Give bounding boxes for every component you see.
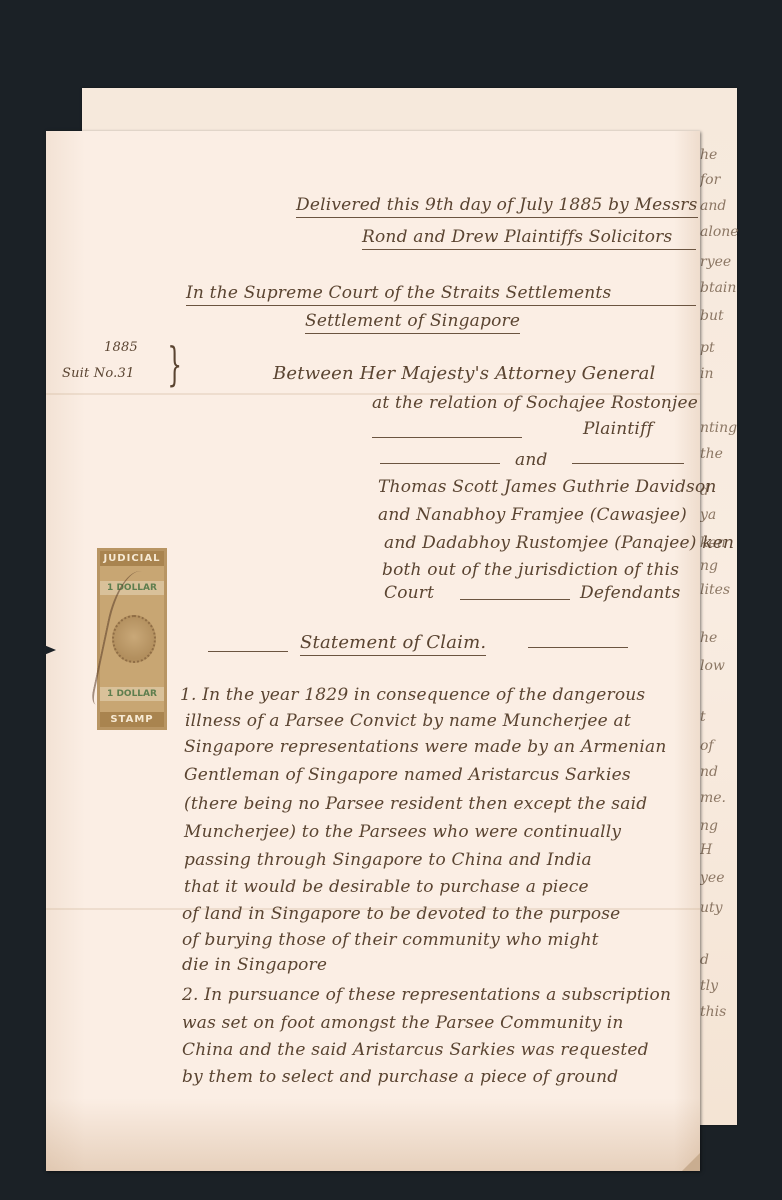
back-fragment: uty <box>700 900 723 916</box>
and-label: and <box>515 450 548 470</box>
defendant-line-5-court: Court <box>384 583 434 603</box>
rule-line <box>572 463 684 464</box>
back-fragment: but <box>700 308 724 324</box>
defendant-line-1: Thomas Scott James Guthrie Davidson <box>378 477 717 497</box>
statement-heading: Statement of Claim. <box>300 632 486 656</box>
defendants-label: Defendants <box>580 583 681 603</box>
rule-line <box>460 599 570 600</box>
back-fragment: tly <box>700 978 718 994</box>
defendant-line-3: and Dadabhoy Rustomjee (Panajee) ken <box>384 533 734 553</box>
back-fragment: ya <box>700 507 716 523</box>
parties-relation: at the relation of Sochajee Rostonjee <box>372 393 698 413</box>
body-line: passing through Singapore to China and I… <box>184 850 592 870</box>
rule-line <box>528 647 628 648</box>
back-fragment: me. <box>700 790 726 806</box>
body-line: 1. In the year 1829 in consequence of th… <box>180 685 645 705</box>
stamp-top-label: JUDICIAL <box>100 551 164 566</box>
body-line: Muncherjee) to the Parsees who were cont… <box>184 822 621 842</box>
rule-line <box>372 437 522 438</box>
back-fragment: t <box>700 709 706 725</box>
back-fragment: he <box>700 147 717 163</box>
back-fragment: ng <box>700 818 718 834</box>
body-line: 2. In pursuance of these representations… <box>182 985 671 1005</box>
body-line: that it would be desirable to purchase a… <box>184 877 589 897</box>
parties-between: Between Her Majesty's Attorney General <box>273 363 655 384</box>
back-fragment: and <box>700 198 726 214</box>
body-line: by them to select and purchase a piece o… <box>182 1067 618 1087</box>
rule-line <box>208 651 288 652</box>
back-fragment: H <box>700 842 712 858</box>
back-fragment: in <box>700 366 714 382</box>
back-fragment: btain <box>700 280 736 296</box>
body-line: was set on foot amongst the Parsee Commu… <box>182 1013 624 1033</box>
back-fragment: lites <box>700 582 730 598</box>
back-fragment: yee <box>700 870 724 886</box>
back-fragment: ryee <box>700 254 731 270</box>
body-line: illness of a Parsee Convict by name Munc… <box>185 711 631 731</box>
body-line: (there being no Parsee resident then exc… <box>184 794 647 814</box>
folded-corner <box>682 1153 700 1171</box>
defendant-line-4: both out of the jurisdiction of this <box>382 560 679 580</box>
photo-stage: he for and alone ryee btain but pt in nt… <box>0 0 782 1200</box>
back-fragment: ng <box>700 558 718 574</box>
back-fragment: alone <box>700 224 739 240</box>
back-fragment: for <box>700 172 720 188</box>
rule-line <box>380 463 500 464</box>
court-settlement: Settlement of Singapore <box>305 311 520 334</box>
back-fragment: nd <box>700 764 718 780</box>
back-fragment: he <box>700 630 717 646</box>
brace-mark: } <box>167 337 182 391</box>
body-line: China and the said Aristarcus Sarkies wa… <box>182 1040 649 1060</box>
judicial-stamp: JUDICIAL 1 DOLLAR 1 DOLLAR STAMP <box>97 548 167 730</box>
body-line: of land in Singapore to be devoted to th… <box>182 904 620 924</box>
defendant-line-2: and Nanabhoy Framjee (Cawasjee) <box>378 505 687 525</box>
body-line: die in Singapore <box>182 955 327 975</box>
back-fragment: pt <box>700 340 715 356</box>
body-line: Singapore representations were made by a… <box>184 737 667 757</box>
margin-year: 1885 <box>104 340 138 355</box>
plaintiff-label: Plaintiff <box>583 419 653 439</box>
body-line: of burying those of their community who … <box>182 930 599 950</box>
delivery-line-2: Rond and Drew Plaintiffs Solicitors <box>362 227 696 250</box>
body-line: Gentleman of Singapore named Aristarcus … <box>184 765 631 785</box>
court-heading: In the Supreme Court of the Straits Sett… <box>186 283 696 306</box>
back-fragment: this <box>700 1004 726 1020</box>
back-fragment: nting <box>700 420 737 436</box>
back-fragment: d <box>700 952 709 968</box>
back-fragment: low <box>700 658 725 674</box>
margin-suit-number: Suit No.31 <box>62 366 134 381</box>
delivery-line-1: Delivered this 9th day of July 1885 by M… <box>296 195 698 218</box>
back-fragment: of <box>700 738 714 754</box>
back-fragment: the <box>700 446 723 462</box>
stamp-bottom-label: STAMP <box>100 712 164 727</box>
